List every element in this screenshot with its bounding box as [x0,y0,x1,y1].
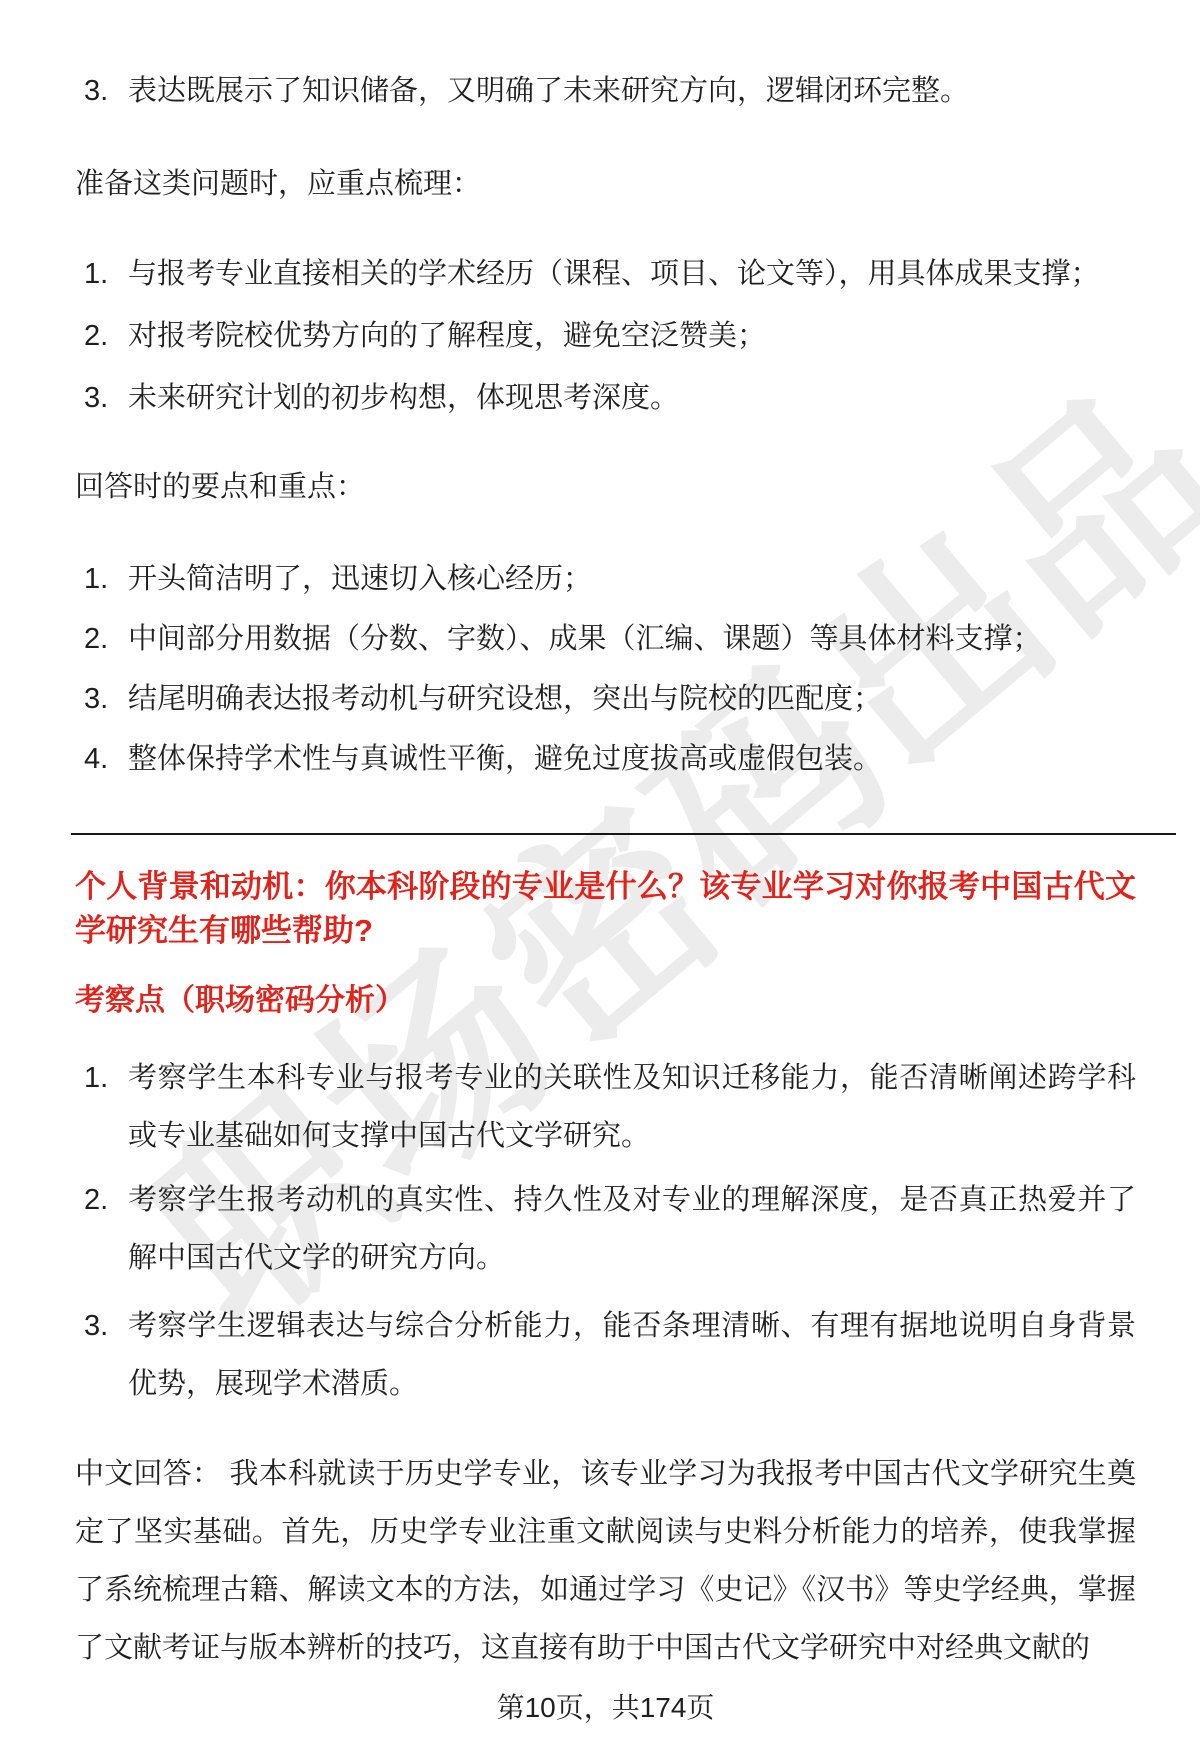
document-page: 职场密码出品 3. 表达既展示了知识储备，又明确了未来研究方向，逻辑闭环完整。 … [0,0,1200,1755]
list-item: 2. 考察学生报考动机的真实性、持久性及对专业的理解深度，是否真正热爱并了解中国… [75,1171,1136,1287]
list-item-text: 考察学生逻辑表达与综合分析能力，能否条理清晰、有理有据地说明自身背景优势，展现学… [128,1297,1136,1413]
list-item-number: 4. [84,730,128,788]
list-item: 3. 考察学生逻辑表达与综合分析能力，能否条理清晰、有理有据地说明自身背景优势，… [75,1297,1136,1413]
list-item-text: 结尾明确表达报考动机与研究设想，突出与院校的匹配度； [128,670,1136,728]
list-item-text: 对报考院校优势方向的了解程度，避免空泛赞美； [128,307,1136,365]
question-heading: 个人背景和动机：你本科阶段的专业是什么？该专业学习对你报考中国古代文学研究生有哪… [75,865,1136,953]
chinese-answer-paragraph: 中文回答： 我本科就读于历史学专业，该专业学习为我报考中国古代文学研究生奠定了坚… [75,1445,1136,1677]
analysis-points-list: 1. 考察学生本科专业与报考专业的关联性及知识迁移能力，能否清晰阐述跨学科或专业… [75,1049,1136,1413]
prep-list: 1. 与报考专业直接相关的学术经历（课程、项目、论文等），用具体成果支撑； 2.… [75,245,1136,427]
list-item-number: 1. [84,1049,128,1107]
list-item-number: 3. [84,369,128,427]
answer-points-intro-line: 回答时的要点和重点： [75,458,1136,516]
list-item-number: 2. [84,610,128,668]
list-item: 3. 结尾明确表达报考动机与研究设想，突出与院校的匹配度； [75,670,1136,728]
answer-points-list: 1. 开头简洁明了，迅速切入核心经历； 2. 中间部分用数据（分数、字数）、成果… [75,550,1136,788]
list-item-text: 开头简洁明了，迅速切入核心经历； [128,550,1136,608]
list-item-text: 表达既展示了知识储备，又明确了未来研究方向，逻辑闭环完整。 [128,62,1136,120]
list-item-text: 中间部分用数据（分数、字数）、成果（汇编、课题）等具体材料支撑； [128,610,1136,668]
list-item: 2. 对报考院校优势方向的了解程度，避免空泛赞美； [75,307,1136,365]
section-divider [71,833,1176,835]
list-item-text: 与报考专业直接相关的学术经历（课程、项目、论文等），用具体成果支撑； [128,245,1136,303]
list-item: 1. 与报考专业直接相关的学术经历（课程、项目、论文等），用具体成果支撑； [75,245,1136,303]
list-item-number: 2. [84,1171,128,1229]
list-item-number: 1. [84,550,128,608]
page-content: 3. 表达既展示了知识储备，又明确了未来研究方向，逻辑闭环完整。 准备这类问题时… [0,0,1200,1755]
list-item-number: 3. [84,670,128,728]
list-item-number: 3. [84,1297,128,1355]
analysis-heading: 考察点（职场密码分析） [75,979,1136,1023]
list-item: 2. 中间部分用数据（分数、字数）、成果（汇编、课题）等具体材料支撑； [75,610,1136,668]
list-item: 1. 考察学生本科专业与报考专业的关联性及知识迁移能力，能否清晰阐述跨学科或专业… [75,1049,1136,1165]
list-item: 3. 未来研究计划的初步构想，体现思考深度。 [75,369,1136,427]
list-item-number: 2. [84,307,128,365]
prep-intro-line: 准备这类问题时，应重点梳理： [75,155,1136,213]
list-item-number: 3. [84,62,128,120]
list-item-text: 考察学生本科专业与报考专业的关联性及知识迁移能力，能否清晰阐述跨学科或专业基础如… [128,1049,1136,1165]
page-number-footer: 第10页，共174页 [75,1688,1136,1728]
list-item: 1. 开头简洁明了，迅速切入核心经历； [75,550,1136,608]
list-item-number: 1. [84,245,128,303]
list-item: 3. 表达既展示了知识储备，又明确了未来研究方向，逻辑闭环完整。 [75,62,1136,120]
list-item-text: 整体保持学术性与真诚性平衡，避免过度拔高或虚假包装。 [128,730,1136,788]
list-item-text: 考察学生报考动机的真实性、持久性及对专业的理解深度，是否真正热爱并了解中国古代文… [128,1171,1136,1287]
list-item: 4. 整体保持学术性与真诚性平衡，避免过度拔高或虚假包装。 [75,730,1136,788]
list-item-text: 未来研究计划的初步构想，体现思考深度。 [128,369,1136,427]
